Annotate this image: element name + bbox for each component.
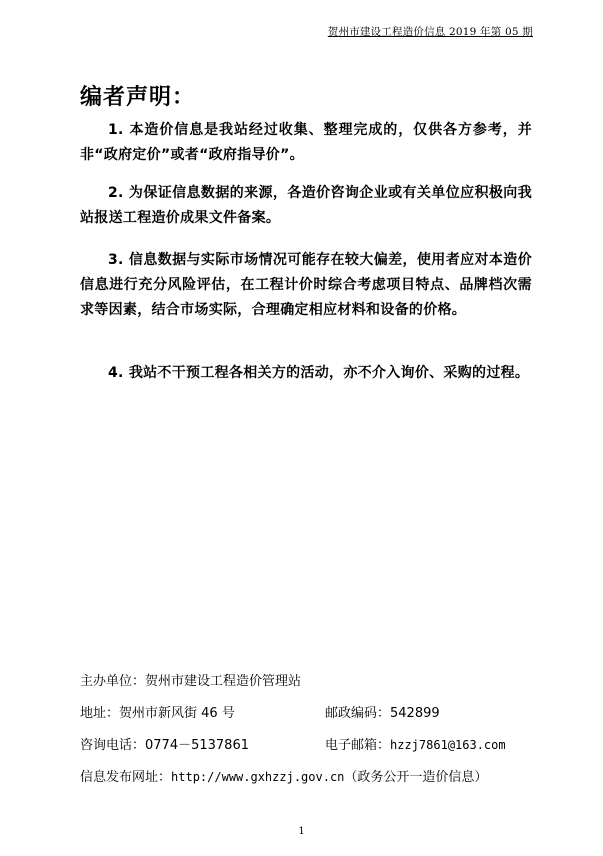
statement-paragraph-3: 3. 信息数据与实际市场情况可能存在较大偏差，使用者应对本造价信息进行充分风险评… <box>80 248 532 323</box>
postcode-line: 邮政编码：542899 <box>325 702 440 721</box>
website-line: 信息发布网址：http://www.gxhzzj.gov.cn（政务公开一造价信… <box>80 766 487 785</box>
address-value: 贺州市新风街 46 号 <box>119 706 235 721</box>
email-line: 电子邮箱：hzzj7861@163.com <box>325 734 506 753</box>
statement-paragraph-4: 4. 我站不干预工程各相关方的活动，亦不介入询价、采购的过程。 <box>80 361 532 386</box>
organizer-label: 主办单位： <box>80 674 145 689</box>
website-label: 信息发布网址： <box>80 770 171 785</box>
phone-label: 咨询电话： <box>80 738 145 753</box>
page-title: 编者声明： <box>80 80 195 111</box>
email-label: 电子邮箱： <box>325 738 390 753</box>
phone-line: 咨询电话：0774－5137861 <box>80 734 249 753</box>
website-note: （政务公开一造价信息） <box>344 770 487 785</box>
postcode-value: 542899 <box>390 706 440 721</box>
statement-paragraph-2: 2. 为保证信息数据的来源，各造价咨询企业或有关单位应积极向我站报送工程造价成果… <box>80 181 532 231</box>
organizer-value: 贺州市建设工程造价管理站 <box>145 674 301 689</box>
email-value[interactable]: hzzj7861@163.com <box>390 738 506 752</box>
statement-paragraph-1: 1. 本造价信息是我站经过收集、整理完成的，仅供各方参考，并非“政府定价”或者“… <box>80 118 532 168</box>
address-label: 地址： <box>80 706 119 721</box>
postcode-label: 邮政编码： <box>325 706 390 721</box>
organizer-line: 主办单位：贺州市建设工程造价管理站 <box>80 670 301 689</box>
website-link[interactable]: http://www.gxhzzj.gov.cn <box>171 770 344 784</box>
address-line: 地址：贺州市新风街 46 号 <box>80 702 235 721</box>
phone-value: 0774－5137861 <box>145 738 249 753</box>
page-number: 1 <box>0 826 603 837</box>
running-header: 贺州市建设工程造价信息 2019 年第 05 期 <box>328 24 533 39</box>
